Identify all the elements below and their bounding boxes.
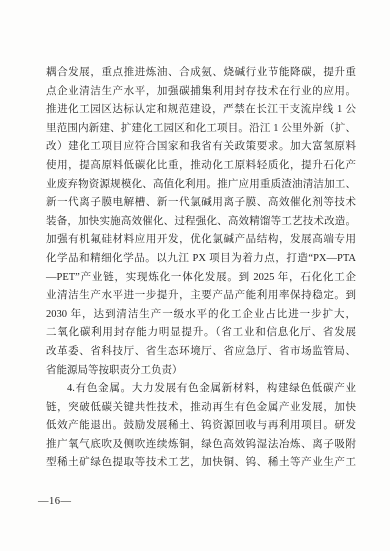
text-line: 二氧化碳利用封存能力明显提升。（省工业和信息化厅、省发展: [46, 324, 356, 343]
text-line: 链，突破低碳关键共性技术，推动再生有色金属产业发展，加快: [46, 399, 356, 418]
text-line: 推进化工园区达标认定和规范建设，严禁在长江干支流岸线 1 公: [46, 101, 356, 120]
document-page: 耦合发展，重点推进炼油、合成氨、烧碱行业节能降碳，提升重 点企业清洁生产水平，加…: [0, 0, 390, 551]
text-line: 改革委、省科技厅、省生态环境厅、省应急厅、省市场监管局、: [46, 343, 356, 362]
text-line: 业废弃物资源规模化、高值化利用。推广应用重质渣油清洁加工、: [46, 176, 356, 195]
text-line: 4.有色金属。大力发展有色金属新材料，构建绿色低碳产业: [46, 380, 356, 399]
body-text-block: 耦合发展，重点推进炼油、合成氨、烧碱行业节能降碳，提升重 点企业清洁生产水平，加…: [46, 64, 356, 473]
text-line: 业清洁生产水平进一步提升，主要产品产能利用率保持稳定。到: [46, 287, 356, 306]
text-line: —PET”产业链，实现炼化一体化发展。到 2025 年，石化化工企: [46, 269, 356, 288]
text-line: 省能源局等按职责分工负责）: [46, 362, 356, 381]
text-line: 低效产能退出。鼓励发展稀土、钨资源回收与再利用项目。研发: [46, 417, 356, 436]
text-line: 型稀土矿绿色提取等技术工艺，加快铜、钨、稀土等产业生产工: [46, 454, 356, 473]
text-line: 新一代离子膜电解槽、新一代氯碱用离子膜、高效催化剂等技术: [46, 194, 356, 213]
text-line: 推广氧气底吹及侧吹连续炼铜，绿色高效钨湿法冶炼、离子吸附: [46, 436, 356, 455]
text-line: 加强有机氟硅材料应用开发，优化氯碱产品结构，发展高端专用: [46, 231, 356, 250]
text-line: 化学品和精细化学品。以九江 PX 项目为着力点，打造“PX—PTA: [46, 250, 356, 269]
text-line: 装备，加快实施高效催化、过程强化、高效精馏等工艺技术改造。: [46, 213, 356, 232]
text-line: 2030 年，达到清洁生产一级水平的化工企业占比进一步扩大，: [46, 306, 356, 325]
page-number: —16—: [38, 495, 72, 509]
text-line: 里范围内新建、扩建化工园区和化工项目。沿江 1 公里外新（扩、: [46, 120, 356, 139]
text-line: 耦合发展，重点推进炼油、合成氨、烧碱行业节能降碳，提升重: [46, 64, 356, 83]
text-line: 使用，提高原料低碳化比重，推动化工原料轻质化，提升石化产: [46, 157, 356, 176]
text-line: 点企业清洁生产水平，加强碳捕集利用封存技术在行业的应用。: [46, 83, 356, 102]
text-line: 改）建化工项目应符合国家和我省有关政策要求。加大富氢原料: [46, 138, 356, 157]
